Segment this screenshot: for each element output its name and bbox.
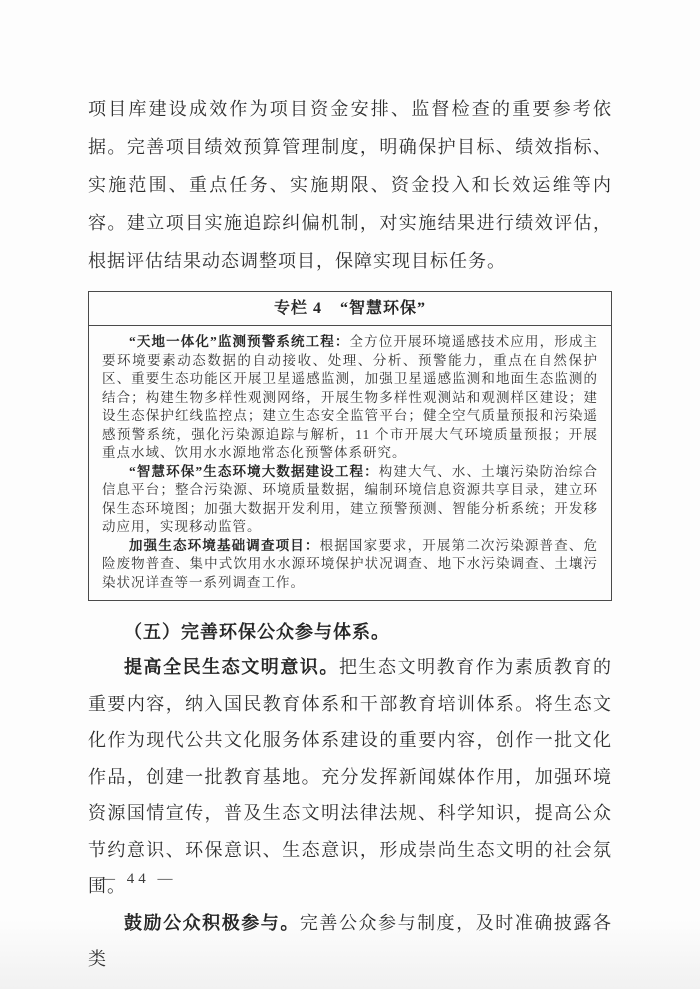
document-page: 项目库建设成效作为项目资金安排、监督检查的重要参考依据。完善项目绩效预算管理制度…: [0, 0, 700, 989]
paragraph-awareness-text: 把生态文明教育作为素质教育的重要内容，纳入国民教育体系和干部教育培训体系。将生态…: [88, 657, 612, 896]
page-content: 项目库建设成效作为项目资金安排、监督检查的重要参考依据。完善项目绩效预算管理制度…: [88, 90, 612, 978]
page-number: — 44 —: [100, 871, 177, 888]
column-box-label: 专栏 4: [274, 300, 322, 317]
column-box-body: “天地一体化”监测预警系统工程：全方位开展环境遥感技术应用，形成主要环境要素动态…: [89, 326, 611, 600]
column-box-title-text: “智慧环保”: [340, 300, 426, 317]
column-box-paragraph-bigdata: “智慧环保”生态环境大数据建设工程：构建大气、水、土壤污染防治综合信息平台；整合…: [102, 463, 598, 537]
column-box-paragraph-lead: “智慧环保”生态环境大数据建设工程：: [129, 464, 379, 479]
column-box: 专栏 4“智慧环保” “天地一体化”监测预警系统工程：全方位开展环境遥感技术应用…: [88, 291, 612, 601]
paragraph-participation: 鼓励公众积极参与。完善公众参与制度，及时准确披露各类: [88, 905, 612, 978]
paragraph-awareness-lead: 提高全民生态文明意识。: [124, 657, 339, 677]
column-box-paragraph-survey: 加强生态环境基础调查项目：根据国家要求，开展第二次污染源普查、危险废物普查、集中…: [102, 537, 598, 593]
column-box-paragraph-text: 全方位开展环境遥感技术应用，形成主要环境要素动态数据的自动接收、处理、分析、预警…: [102, 334, 598, 460]
paragraph-awareness: 提高全民生态文明意识。把生态文明教育作为素质教育的重要内容，纳入国民教育体系和干…: [88, 649, 612, 905]
column-box-paragraph-lead: “天地一体化”监测预警系统工程：: [129, 334, 350, 349]
column-box-paragraph-monitoring: “天地一体化”监测预警系统工程：全方位开展环境遥感技术应用，形成主要环境要素动态…: [102, 333, 598, 463]
paragraph-intro: 项目库建设成效作为项目资金安排、监督检查的重要参考依据。完善项目绩效预算管理制度…: [88, 90, 612, 280]
section-heading: （五）完善环保公众参与体系。: [88, 615, 612, 649]
column-box-title: 专栏 4“智慧环保”: [89, 292, 611, 326]
column-box-paragraph-lead: 加强生态环境基础调查项目：: [129, 538, 320, 553]
paragraph-participation-lead: 鼓励公众积极参与。: [124, 913, 300, 933]
